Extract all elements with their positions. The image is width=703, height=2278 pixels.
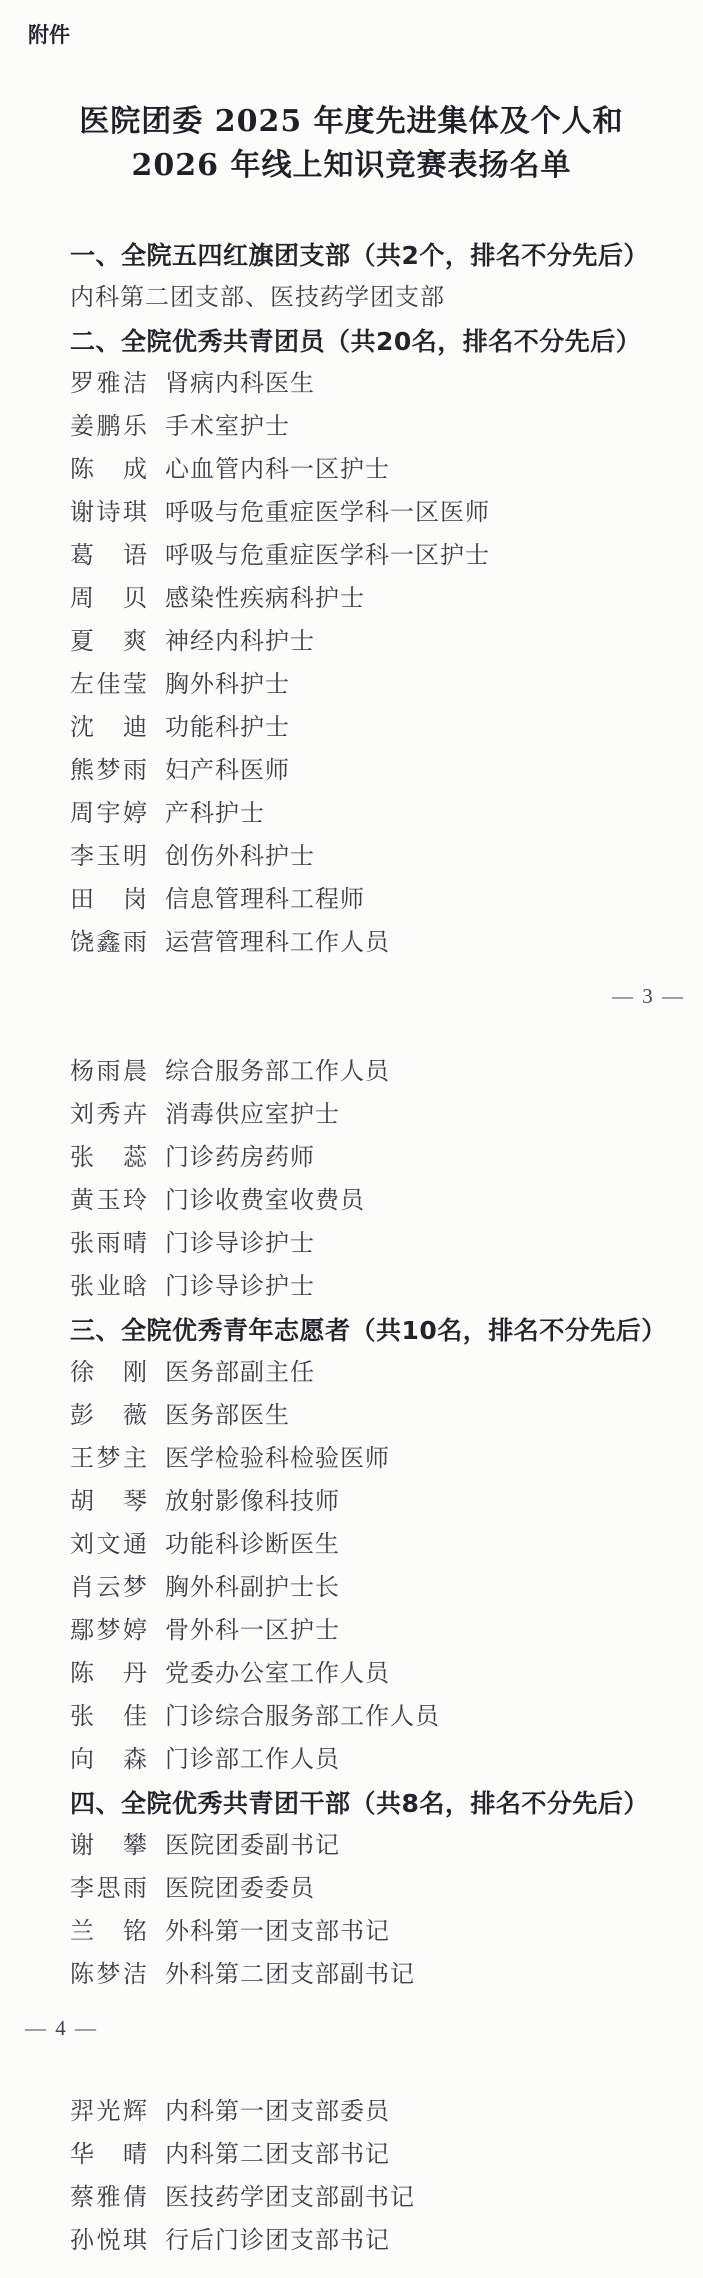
person-name: 刘秀卉 bbox=[70, 1094, 148, 1137]
person-name: 陈成 bbox=[70, 449, 148, 492]
person-title: 妇产科医师 bbox=[165, 758, 290, 784]
person-name: 肖云梦 bbox=[70, 1567, 148, 1610]
title-line-1: 医院团委 2025 年度先进集体及个人和 bbox=[79, 104, 623, 139]
award-entry: 周贝感染性疾病科护士 bbox=[0, 578, 703, 621]
person-name: 熊梦雨 bbox=[70, 750, 148, 793]
person-name: 徐刚 bbox=[70, 1352, 148, 1395]
award-entry: 华晴内科第二团支部书记 bbox=[0, 2134, 703, 2177]
person-name: 罗雅洁 bbox=[70, 363, 148, 406]
person-title: 门诊导诊护士 bbox=[165, 1274, 315, 1300]
award-entry: 田岗信息管理科工程师 bbox=[0, 879, 703, 922]
award-entry: 陈梦洁外科第二团支部副书记 bbox=[0, 1954, 703, 1997]
award-entry: 谢攀医院团委副书记 bbox=[0, 1825, 703, 1868]
person-title: 门诊收费室收费员 bbox=[165, 1188, 365, 1214]
award-entry: 刘秀卉消毒供应室护士 bbox=[0, 1094, 703, 1137]
person-name: 张业晗 bbox=[70, 1266, 148, 1309]
person-title: 医院团委委员 bbox=[165, 1876, 315, 1902]
award-entry: 罗雅洁肾病内科医生 bbox=[0, 363, 703, 406]
section-heading: 一、全院五四红旗团支部（共2个，排名不分先后） bbox=[0, 234, 703, 277]
person-title: 手术室护士 bbox=[165, 414, 290, 440]
person-name: 黄玉玲 bbox=[70, 1180, 148, 1223]
award-entry: 张佳门诊综合服务部工作人员 bbox=[0, 1696, 703, 1739]
award-entry: 兰铭外科第一团支部书记 bbox=[0, 1911, 703, 1954]
person-name: 沈迪 bbox=[70, 707, 148, 750]
award-entry: 张业晗门诊导诊护士 bbox=[0, 1266, 703, 1309]
page-number: — 4 — bbox=[0, 2007, 703, 2050]
award-entry: 张雨晴门诊导诊护士 bbox=[0, 1223, 703, 1266]
person-title: 医学检验科检验医师 bbox=[165, 1446, 390, 1472]
award-entry: 胡琴放射影像科技师 bbox=[0, 1481, 703, 1524]
award-entry: 杨雨晨综合服务部工作人员 bbox=[0, 1051, 703, 1094]
person-name: 向森 bbox=[70, 1739, 148, 1782]
person-name: 葛语 bbox=[70, 535, 148, 578]
person-title: 医院团委副书记 bbox=[165, 1833, 340, 1859]
person-title: 门诊药房药师 bbox=[165, 1145, 315, 1171]
award-entry: 张蕊门诊药房药师 bbox=[0, 1137, 703, 1180]
person-title: 运营管理科工作人员 bbox=[165, 930, 390, 956]
section-heading: 二、全院优秀共青团员（共20名，排名不分先后） bbox=[0, 320, 703, 363]
person-name: 羿光辉 bbox=[70, 2091, 148, 2134]
award-entry: 陈丹党委办公室工作人员 bbox=[0, 1653, 703, 1696]
award-entry: 蔡雅倩医技药学团支部副书记 bbox=[0, 2177, 703, 2220]
person-name: 刘文通 bbox=[70, 1524, 148, 1567]
person-name: 周宇婷 bbox=[70, 793, 148, 836]
award-entry: 沈迪功能科护士 bbox=[0, 707, 703, 750]
person-title: 外科第一团支部书记 bbox=[165, 1919, 390, 1945]
person-name: 陈丹 bbox=[70, 1653, 148, 1696]
person-title: 神经内科护士 bbox=[165, 629, 315, 655]
document-body: 一、全院五四红旗团支部（共2个，排名不分先后）内科第二团支部、医技药学团支部二、… bbox=[0, 234, 703, 2263]
person-title: 内科第一团支部委员 bbox=[165, 2099, 390, 2125]
award-entry: 孙悦琪行后门诊团支部书记 bbox=[0, 2220, 703, 2263]
person-title: 产科护士 bbox=[165, 801, 265, 827]
person-title: 门诊导诊护士 bbox=[165, 1231, 315, 1257]
person-title: 综合服务部工作人员 bbox=[165, 1059, 390, 1085]
person-title: 消毒供应室护士 bbox=[165, 1102, 340, 1128]
award-entry: 姜鹏乐手术室护士 bbox=[0, 406, 703, 449]
person-title: 门诊部工作人员 bbox=[165, 1747, 340, 1773]
person-title: 外科第二团支部副书记 bbox=[165, 1962, 415, 1988]
person-name: 夏爽 bbox=[70, 621, 148, 664]
title-line-2: 2026 年线上知识竞赛表扬名单 bbox=[132, 148, 572, 183]
award-entry: 夏爽神经内科护士 bbox=[0, 621, 703, 664]
award-entry: 向森门诊部工作人员 bbox=[0, 1739, 703, 1782]
award-entry: 李思雨医院团委委员 bbox=[0, 1868, 703, 1911]
award-entry: 彭薇医务部医生 bbox=[0, 1395, 703, 1438]
person-title: 门诊综合服务部工作人员 bbox=[165, 1704, 440, 1730]
award-entry: 肖云梦胸外科副护士长 bbox=[0, 1567, 703, 1610]
award-entry: 羿光辉内科第一团支部委员 bbox=[0, 2091, 703, 2134]
award-entry: 李玉明创伤外科护士 bbox=[0, 836, 703, 879]
branch-list-paragraph: 内科第二团支部、医技药学团支部 bbox=[0, 277, 703, 320]
person-title: 创伤外科护士 bbox=[165, 844, 315, 870]
person-name: 李玉明 bbox=[70, 836, 148, 879]
award-entry: 黄玉玲门诊收费室收费员 bbox=[0, 1180, 703, 1223]
person-title: 功能科护士 bbox=[165, 715, 290, 741]
person-name: 姜鹏乐 bbox=[70, 406, 148, 449]
person-title: 呼吸与危重症医学科一区护士 bbox=[165, 543, 490, 569]
award-entry: 王梦主医学检验科检验医师 bbox=[0, 1438, 703, 1481]
person-name: 华晴 bbox=[70, 2134, 148, 2177]
person-title: 医技药学团支部副书记 bbox=[165, 2185, 415, 2211]
person-title: 医务部医生 bbox=[165, 1403, 290, 1429]
person-name: 蔡雅倩 bbox=[70, 2177, 148, 2220]
page-number: — 3 — bbox=[0, 975, 703, 1018]
person-name: 鄢梦婷 bbox=[70, 1610, 148, 1653]
person-title: 行后门诊团支部书记 bbox=[165, 2228, 390, 2254]
person-name: 胡琴 bbox=[70, 1481, 148, 1524]
award-entry: 鄢梦婷骨外科一区护士 bbox=[0, 1610, 703, 1653]
attachment-label: 附件 bbox=[28, 0, 703, 50]
person-name: 谢攀 bbox=[70, 1825, 148, 1868]
document-page: 附件 医院团委 2025 年度先进集体及个人和2026 年线上知识竞赛表扬名单 … bbox=[0, 0, 703, 2278]
person-title: 胸外科副护士长 bbox=[165, 1575, 340, 1601]
person-name: 谢诗琪 bbox=[70, 492, 148, 535]
award-entry: 左佳莹胸外科护士 bbox=[0, 664, 703, 707]
person-name: 张雨晴 bbox=[70, 1223, 148, 1266]
award-entry: 周宇婷产科护士 bbox=[0, 793, 703, 836]
person-title: 党委办公室工作人员 bbox=[165, 1661, 390, 1687]
person-name: 李思雨 bbox=[70, 1868, 148, 1911]
person-title: 呼吸与危重症医学科一区医师 bbox=[165, 500, 490, 526]
person-name: 彭薇 bbox=[70, 1395, 148, 1438]
person-name: 兰铭 bbox=[70, 1911, 148, 1954]
award-entry: 刘文通功能科诊断医生 bbox=[0, 1524, 703, 1567]
person-name: 田岗 bbox=[70, 879, 148, 922]
person-title: 医务部副主任 bbox=[165, 1360, 315, 1386]
person-name: 左佳莹 bbox=[70, 664, 148, 707]
person-name: 王梦主 bbox=[70, 1438, 148, 1481]
person-title: 内科第二团支部书记 bbox=[165, 2142, 390, 2168]
section-heading: 四、全院优秀共青团干部（共8名，排名不分先后） bbox=[0, 1782, 703, 1825]
person-title: 胸外科护士 bbox=[165, 672, 290, 698]
person-title: 感染性疾病科护士 bbox=[165, 586, 365, 612]
award-entry: 陈成心血管内科一区护士 bbox=[0, 449, 703, 492]
person-title: 骨外科一区护士 bbox=[165, 1618, 340, 1644]
person-name: 杨雨晨 bbox=[70, 1051, 148, 1094]
award-entry: 熊梦雨妇产科医师 bbox=[0, 750, 703, 793]
award-entry: 徐刚医务部副主任 bbox=[0, 1352, 703, 1395]
person-title: 放射影像科技师 bbox=[165, 1489, 340, 1515]
award-entry: 葛语呼吸与危重症医学科一区护士 bbox=[0, 535, 703, 578]
person-name: 张佳 bbox=[70, 1696, 148, 1739]
person-name: 陈梦洁 bbox=[70, 1954, 148, 1997]
document-title: 医院团委 2025 年度先进集体及个人和2026 年线上知识竞赛表扬名单 bbox=[30, 100, 673, 188]
person-name: 周贝 bbox=[70, 578, 148, 621]
person-name: 张蕊 bbox=[70, 1137, 148, 1180]
award-entry: 饶鑫雨运营管理科工作人员 bbox=[0, 922, 703, 965]
award-entry: 谢诗琪呼吸与危重症医学科一区医师 bbox=[0, 492, 703, 535]
section-heading: 三、全院优秀青年志愿者（共10名，排名不分先后） bbox=[0, 1309, 703, 1352]
person-title: 功能科诊断医生 bbox=[165, 1532, 340, 1558]
person-title: 肾病内科医生 bbox=[165, 371, 315, 397]
person-name: 饶鑫雨 bbox=[70, 922, 148, 965]
person-title: 信息管理科工程师 bbox=[165, 887, 365, 913]
person-name: 孙悦琪 bbox=[70, 2220, 148, 2263]
person-title: 心血管内科一区护士 bbox=[165, 457, 390, 483]
